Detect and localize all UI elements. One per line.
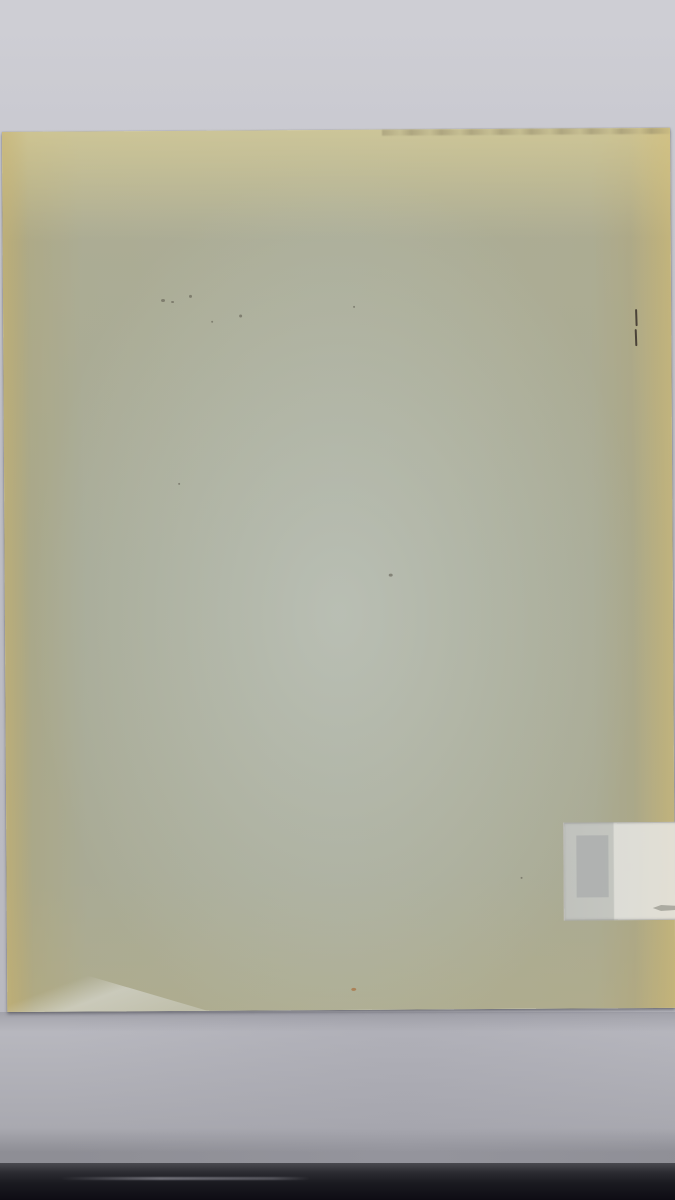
speck: [178, 483, 180, 485]
tape-inner-patch: [576, 835, 608, 897]
bottom-edge-reflection: [60, 1177, 310, 1180]
paper-yellowing-left: [2, 132, 33, 1012]
speck: [211, 321, 213, 323]
speck: [161, 299, 165, 302]
speck: [353, 306, 355, 308]
tape-tear: [653, 905, 675, 911]
speck: [389, 574, 393, 577]
paper-yellowing-top: [2, 128, 671, 242]
dark-bottom-edge: [0, 1163, 675, 1200]
speck: [239, 315, 242, 318]
paper-bottom-crease: [7, 951, 207, 1012]
tape-label: [563, 822, 675, 921]
pen-mark-icon: [633, 308, 639, 348]
speck: [189, 295, 192, 298]
speck: [171, 301, 174, 303]
paper-back-cover: [2, 128, 675, 1012]
speck: [351, 988, 356, 991]
paper-shadow: [0, 1012, 675, 1032]
speck: [521, 877, 523, 879]
